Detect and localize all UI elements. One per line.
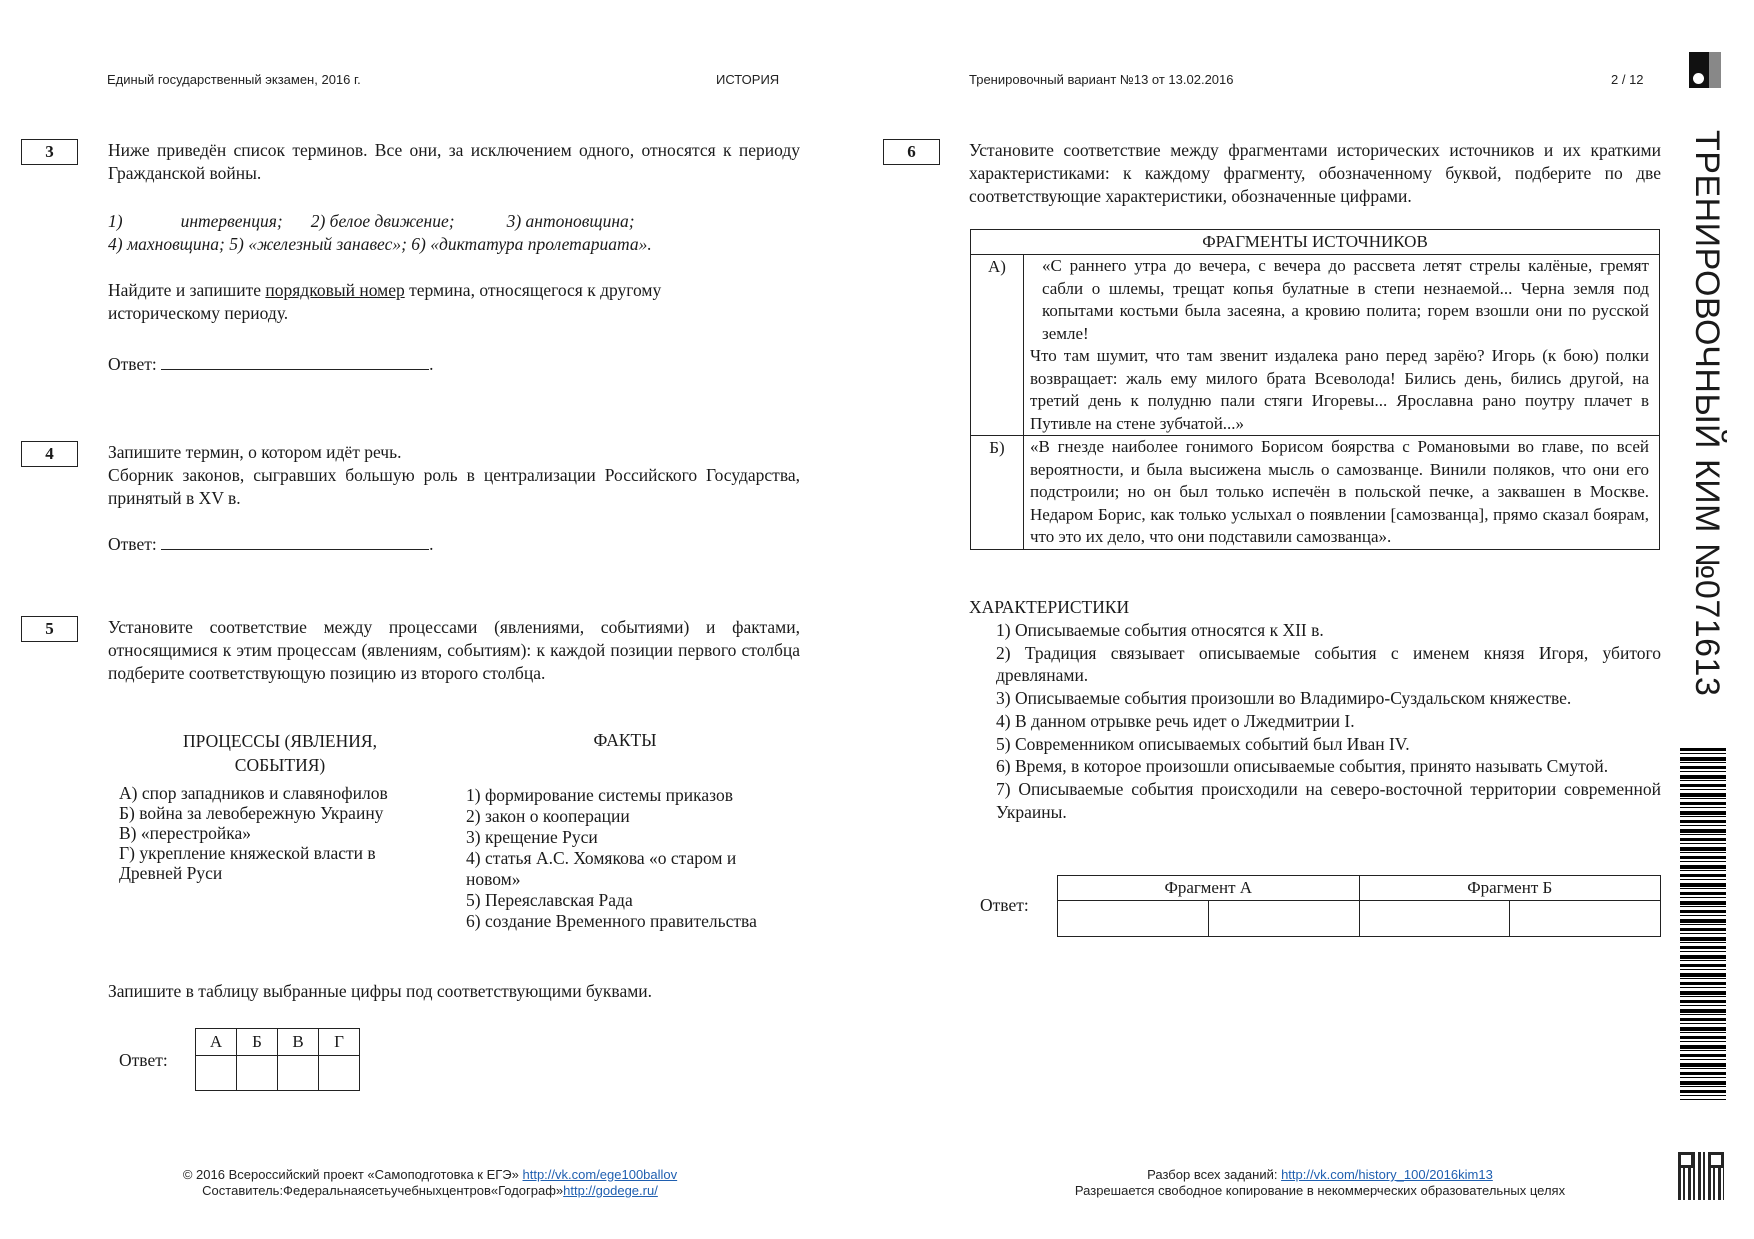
fact-item: 5) Переяславская Рада: [466, 890, 786, 911]
q5-instruction: Запишите в таблицу выбранные цифры под с…: [108, 980, 800, 1003]
q6-answer-cell[interactable]: [1359, 901, 1510, 937]
q5-answer-cell[interactable]: [196, 1056, 237, 1091]
footer-right: Разбор всех заданий: http://vk.com/histo…: [1010, 1167, 1630, 1199]
q5-facts: 1) формирование системы приказов 2) зако…: [466, 785, 786, 932]
sources-title: ФРАГМЕНТЫ ИСТОЧНИКОВ: [971, 230, 1660, 255]
q6-answer-cell[interactable]: [1510, 901, 1661, 937]
q6-answer-cell[interactable]: [1058, 901, 1209, 937]
source-label: А): [971, 255, 1024, 436]
source-text-b: «В гнезде наиболее гонимого Борисом бояр…: [1024, 436, 1660, 550]
qr-code-icon: [1678, 1152, 1724, 1200]
task-number-4: 4: [21, 441, 78, 467]
q5-answer-cell[interactable]: [278, 1056, 319, 1091]
fact-item: 1) формирование системы приказов: [466, 785, 786, 806]
sources-table: ФРАГМЕНТЫ ИСТОЧНИКОВ А) «С раннего утра …: [970, 229, 1660, 550]
process-item: А) спор западников и славянофилов: [119, 783, 439, 803]
q4-text: Сборник законов, сыгравших большую роль …: [108, 464, 800, 510]
footer-left: © 2016 Всероссийский проект «Самоподгото…: [150, 1167, 710, 1199]
source-label: Б): [971, 436, 1024, 550]
footer-link-history[interactable]: http://vk.com/history_100/2016kim13: [1281, 1167, 1493, 1182]
footer-link-godege[interactable]: http://godege.ru/: [563, 1183, 658, 1198]
q5-answer-label: Ответ:: [119, 1049, 168, 1072]
q6-text: Установите соответствие между фрагментам…: [969, 139, 1661, 208]
process-item: В) «перестройка»: [119, 823, 439, 843]
fact-item: 6) создание Временного правительства: [466, 911, 786, 932]
header-exam: Единый государственный экзамен, 2016 г.: [107, 72, 361, 87]
char-item: 2) Традиция связывает описываемые событи…: [996, 642, 1661, 687]
process-item: Г) укрепление княжеской власти в Древней…: [119, 843, 439, 883]
task-number-5: 5: [21, 616, 78, 642]
footer-link-vk[interactable]: http://vk.com/ege100ballov: [523, 1167, 678, 1182]
q4-answer-field[interactable]: [161, 535, 429, 550]
q5-col-header: Б: [237, 1029, 278, 1056]
q3-terms-line1: 1)интервенция;2) белое движение;3) антон…: [108, 210, 708, 233]
vertical-title: ТРЕНИРОВОЧНЫЙ КИМ №071613: [1686, 130, 1726, 710]
task-number-3: 3: [21, 139, 78, 165]
q6-answer-table: Фрагмент А Фрагмент Б: [1057, 875, 1661, 937]
char-item: 4) В данном отрывке речь идет о Лжедмитр…: [996, 710, 1661, 733]
q5-answer-cell[interactable]: [237, 1056, 278, 1091]
barcode-icon: [1680, 748, 1726, 1100]
q3-text: Ниже приведён список терминов. Все они, …: [108, 139, 800, 185]
q5-processes: А) спор западников и славянофилов Б) вой…: [119, 783, 439, 883]
fact-item: 4) статья А.С. Хомякова «о старом и ново…: [466, 848, 786, 890]
char-item: 1) Описываемые события относятся к XII в…: [996, 619, 1661, 642]
q5-text: Установите соответствие между процессами…: [108, 616, 800, 685]
fact-item: 2) закон о кооперации: [466, 806, 786, 827]
q3-instruction: Найдите и запишите порядковый номер терм…: [108, 279, 748, 325]
q4-line1: Запишите термин, о котором идёт речь.: [108, 441, 800, 464]
chars-list: 1) Описываемые события относятся к XII в…: [996, 619, 1661, 823]
q5-answer-cell[interactable]: [319, 1056, 360, 1091]
header-variant: Тренировочный вариант №13 от 13.02.2016: [969, 72, 1234, 87]
header-subject: ИСТОРИЯ: [716, 72, 779, 87]
q6-col-header: Фрагмент А: [1058, 876, 1360, 901]
q3-terms-line2: 4) махновщина; 5) «железный занавес»; 6)…: [108, 233, 808, 256]
char-item: 7) Описываемые события происходили на се…: [996, 778, 1661, 823]
q5-col-header: А: [196, 1029, 237, 1056]
fact-item: 3) крещение Руси: [466, 827, 786, 848]
q6-answer-cell[interactable]: [1208, 901, 1359, 937]
char-item: 5) Современником описываемых событий был…: [996, 733, 1661, 756]
q5-col-header: В: [278, 1029, 319, 1056]
q4-answer: Ответ: .: [108, 533, 433, 556]
chars-title: ХАРАКТЕРИСТИКИ: [969, 596, 1129, 619]
source-text-a: «С раннего утра до вечера, с вечера до р…: [1024, 255, 1660, 436]
q6-answer-label: Ответ:: [980, 894, 1029, 917]
char-item: 6) Время, в которое произошли описываемы…: [996, 755, 1661, 778]
process-item: Б) война за левобережную Украину: [119, 803, 439, 823]
char-item: 3) Описываемые события произошли во Влад…: [996, 687, 1661, 710]
task-number-6: 6: [883, 139, 940, 165]
page-number: 2 / 12: [1611, 72, 1644, 87]
q5-col-header: Г: [319, 1029, 360, 1056]
logo-icon: [1689, 52, 1721, 88]
q3-answer-field[interactable]: [161, 355, 429, 370]
q5-col1-title: ПРОЦЕССЫ (ЯВЛЕНИЯ, СОБЫТИЯ): [160, 729, 400, 777]
q3-answer: Ответ: .: [108, 353, 433, 376]
q5-answer-table: А Б В Г: [195, 1028, 360, 1091]
q6-col-header: Фрагмент Б: [1359, 876, 1661, 901]
q5-col2-title: ФАКТЫ: [560, 729, 690, 752]
